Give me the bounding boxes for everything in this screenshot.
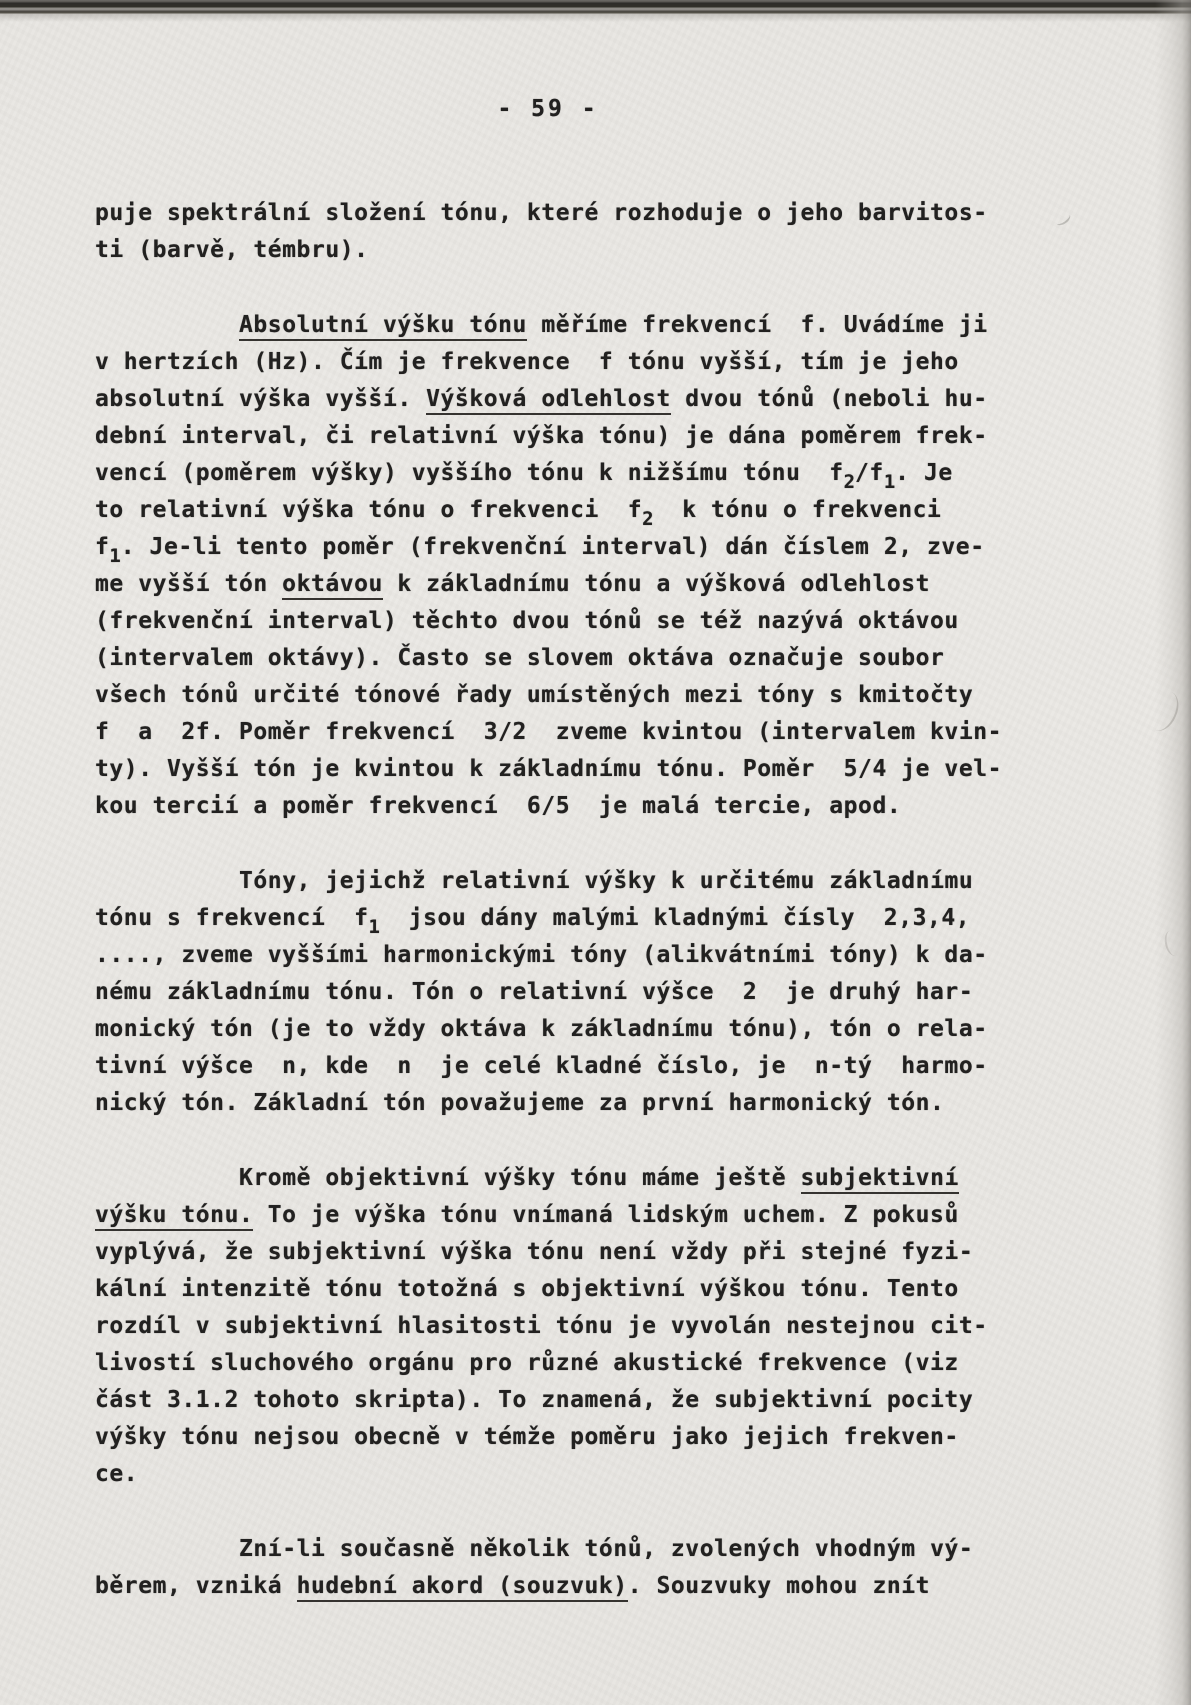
text-line: ce. bbox=[95, 1456, 1002, 1493]
text-segment: běrem, vzniká bbox=[95, 1573, 297, 1599]
text-segment: absolutní výška vyšší. bbox=[95, 386, 426, 412]
text-line: monický tón (je to vždy oktáva k základn… bbox=[95, 1011, 1002, 1048]
text-segment: . Je-li tento poměr (frekvenční interval… bbox=[121, 534, 985, 560]
text-segment: vencí (poměrem výšky) vyššího tónu k niž… bbox=[95, 460, 844, 486]
text-line: v hertzích (Hz). Čím je frekvence f tónu… bbox=[95, 344, 1002, 381]
text-segment: v hertzích (Hz). Čím je frekvence f tónu… bbox=[95, 349, 959, 375]
text-segment: f a 2f. Poměr frekvencí 3/2 zveme kvinto… bbox=[95, 719, 1002, 745]
text-segment: ...., zveme vyššími harmonickými tóny (a… bbox=[95, 942, 988, 968]
text-segment: to relativní výška tónu o frekvenci f bbox=[95, 497, 642, 523]
scan-top-edge bbox=[0, 0, 1191, 26]
text-line: nému základnímu tónu. Tón o relativní vý… bbox=[95, 974, 1002, 1011]
text-line: Tóny, jejichž relativní výšky k určitému… bbox=[95, 863, 1002, 900]
text-segment: (frekvenční interval) těchto dvou tónů s… bbox=[95, 608, 959, 634]
text-line: tivní výšce n, kde n je celé kladné čísl… bbox=[95, 1048, 1002, 1085]
text-line: me vyšší tón oktávou k základnímu tónu a… bbox=[95, 566, 1002, 603]
text-line: rozdíl v subjektivní hlasitosti tónu je … bbox=[95, 1308, 1002, 1345]
text-segment: puje spektrální složení tónu, které rozh… bbox=[95, 200, 988, 226]
paragraph: Tóny, jejichž relativní výšky k určitému… bbox=[95, 863, 1002, 1122]
text-segment: dební interval, či relativní výška tónu)… bbox=[95, 423, 988, 449]
text-line: (intervalem oktávy). Často se slovem okt… bbox=[95, 640, 1002, 677]
text-segment: (intervalem oktávy). Často se slovem okt… bbox=[95, 645, 944, 671]
subscript-text: 2 bbox=[642, 508, 653, 530]
text-segment: ti (barvě, témbru). bbox=[95, 237, 369, 263]
text-line: to relativní výška tónu o frekvenci f2 k… bbox=[95, 492, 1002, 529]
text-segment: měříme frekvencí f. Uvádíme ji bbox=[527, 312, 988, 338]
text-segment: k tónu o frekvenci bbox=[653, 497, 941, 523]
underlined-text: Výšková odlehlost bbox=[426, 386, 671, 415]
paper-right-edge bbox=[1155, 0, 1191, 1705]
text-line: část 3.1.2 tohoto skripta). To znamená, … bbox=[95, 1382, 1002, 1419]
text-line: ...., zveme vyššími harmonickými tóny (a… bbox=[95, 937, 1002, 974]
text-line: f1. Je-li tento poměr (frekvenční interv… bbox=[95, 529, 1002, 566]
page-number: - 59 - bbox=[103, 96, 993, 122]
underlined-text: oktávou bbox=[282, 571, 383, 600]
text-line: vyplývá, že subjektivní výška tónu není … bbox=[95, 1234, 1002, 1271]
scanned-document-page: - 59 - puje spektrální složení tónu, kte… bbox=[0, 0, 1191, 1705]
text-segment: část 3.1.2 tohoto skripta). To znamená, … bbox=[95, 1387, 973, 1413]
text-line: f a 2f. Poměr frekvencí 3/2 zveme kvinto… bbox=[95, 714, 1002, 751]
subscript-text: 1 bbox=[884, 471, 895, 493]
paragraph: Absolutní výšku tónu měříme frekvencí f.… bbox=[95, 307, 1002, 825]
paragraph: Kromě objektivní výšky tónu máme ještě s… bbox=[95, 1160, 1002, 1493]
text-segment: Zní-li současně několik tónů, zvolených … bbox=[239, 1536, 973, 1562]
text-segment: /f bbox=[855, 460, 884, 486]
text-segment: jsou dány malými kladnými čísly 2,3,4, bbox=[380, 905, 970, 931]
paper-smudge bbox=[1054, 210, 1073, 227]
text-segment: výšky tónu nejsou obecně v témže poměru … bbox=[95, 1424, 959, 1450]
text-line: všech tónů určité tónové řady umístěných… bbox=[95, 677, 1002, 714]
text-line: nický tón. Základní tón považujeme za pr… bbox=[95, 1085, 1002, 1122]
text-line: absolutní výška vyšší. Výšková odlehlost… bbox=[95, 381, 1002, 418]
paragraph: puje spektrální složení tónu, které rozh… bbox=[95, 195, 1002, 269]
text-segment: tónu s frekvencí f bbox=[95, 905, 369, 931]
text-segment: kou tercií a poměr frekvencí 6/5 je malá… bbox=[95, 793, 901, 819]
text-line: výšky tónu nejsou obecně v témže poměru … bbox=[95, 1419, 1002, 1456]
text-line: puje spektrální složení tónu, které rozh… bbox=[95, 195, 1002, 232]
text-line: tónu s frekvencí f1 jsou dány malými kla… bbox=[95, 900, 1002, 937]
text-segment: Tóny, jejichž relativní výšky k určitému… bbox=[239, 868, 973, 894]
text-segment: ty). Vyšší tón je kvintou k základnímu t… bbox=[95, 756, 1002, 782]
subscript-text: 2 bbox=[844, 471, 855, 493]
text-segment: tivní výšce n, kde n je celé kladné čísl… bbox=[95, 1053, 988, 1079]
text-segment: vyplývá, že subjektivní výška tónu není … bbox=[95, 1239, 973, 1265]
text-line: kou tercií a poměr frekvencí 6/5 je malá… bbox=[95, 788, 1002, 825]
text-segment: Kromě objektivní výšky tónu máme ještě bbox=[239, 1165, 801, 1191]
page-content: puje spektrální složení tónu, které rozh… bbox=[95, 195, 1002, 1605]
text-line: vencí (poměrem výšky) vyššího tónu k niž… bbox=[95, 455, 1002, 492]
text-line: dební interval, či relativní výška tónu)… bbox=[95, 418, 1002, 455]
underlined-text: hudební akord (souzvuk) bbox=[297, 1573, 628, 1602]
text-line: výšku tónu. To je výška tónu vnímaná lid… bbox=[95, 1197, 1002, 1234]
text-line: Zní-li současně několik tónů, zvolených … bbox=[95, 1531, 1002, 1568]
text-segment: k základnímu tónu a výšková odlehlost bbox=[383, 571, 930, 597]
text-segment: To je výška tónu vnímaná lidským uchem. … bbox=[253, 1202, 958, 1228]
underlined-text: výšku tónu. bbox=[95, 1202, 253, 1231]
text-segment: . Souzvuky mohou znít bbox=[628, 1573, 930, 1599]
text-line: ti (barvě, témbru). bbox=[95, 232, 1002, 269]
text-segment: monický tón (je to vždy oktáva k základn… bbox=[95, 1016, 988, 1042]
subscript-text: 1 bbox=[369, 916, 380, 938]
text-segment: dvou tónů (neboli hu- bbox=[671, 386, 988, 412]
text-segment: . Je bbox=[895, 460, 953, 486]
text-line: ty). Vyšší tón je kvintou k základnímu t… bbox=[95, 751, 1002, 788]
text-segment: f bbox=[95, 534, 109, 560]
text-line: livostí sluchového orgánu pro různé akus… bbox=[95, 1345, 1002, 1382]
text-segment: ce. bbox=[95, 1461, 138, 1487]
text-segment: kální intenzitě tónu totožná s objektivn… bbox=[95, 1276, 959, 1302]
subscript-text: 1 bbox=[109, 545, 120, 567]
text-segment: všech tónů určité tónové řady umístěných… bbox=[95, 682, 973, 708]
underlined-text: subjektivní bbox=[801, 1165, 959, 1194]
text-line: běrem, vzniká hudební akord (souzvuk). S… bbox=[95, 1568, 1002, 1605]
underlined-text: Absolutní výšku tónu bbox=[239, 312, 527, 341]
text-line: kální intenzitě tónu totožná s objektivn… bbox=[95, 1271, 1002, 1308]
text-line: Absolutní výšku tónu měříme frekvencí f.… bbox=[95, 307, 1002, 344]
text-segment: rozdíl v subjektivní hlasitosti tónu je … bbox=[95, 1313, 988, 1339]
text-segment: nému základnímu tónu. Tón o relativní vý… bbox=[95, 979, 973, 1005]
text-segment: livostí sluchového orgánu pro různé akus… bbox=[95, 1350, 959, 1376]
text-line: Kromě objektivní výšky tónu máme ještě s… bbox=[95, 1160, 1002, 1197]
text-segment: nický tón. Základní tón považujeme za pr… bbox=[95, 1090, 944, 1116]
text-segment: me vyšší tón bbox=[95, 571, 282, 597]
text-line: (frekvenční interval) těchto dvou tónů s… bbox=[95, 603, 1002, 640]
paragraph: Zní-li současně několik tónů, zvolených … bbox=[95, 1531, 1002, 1605]
